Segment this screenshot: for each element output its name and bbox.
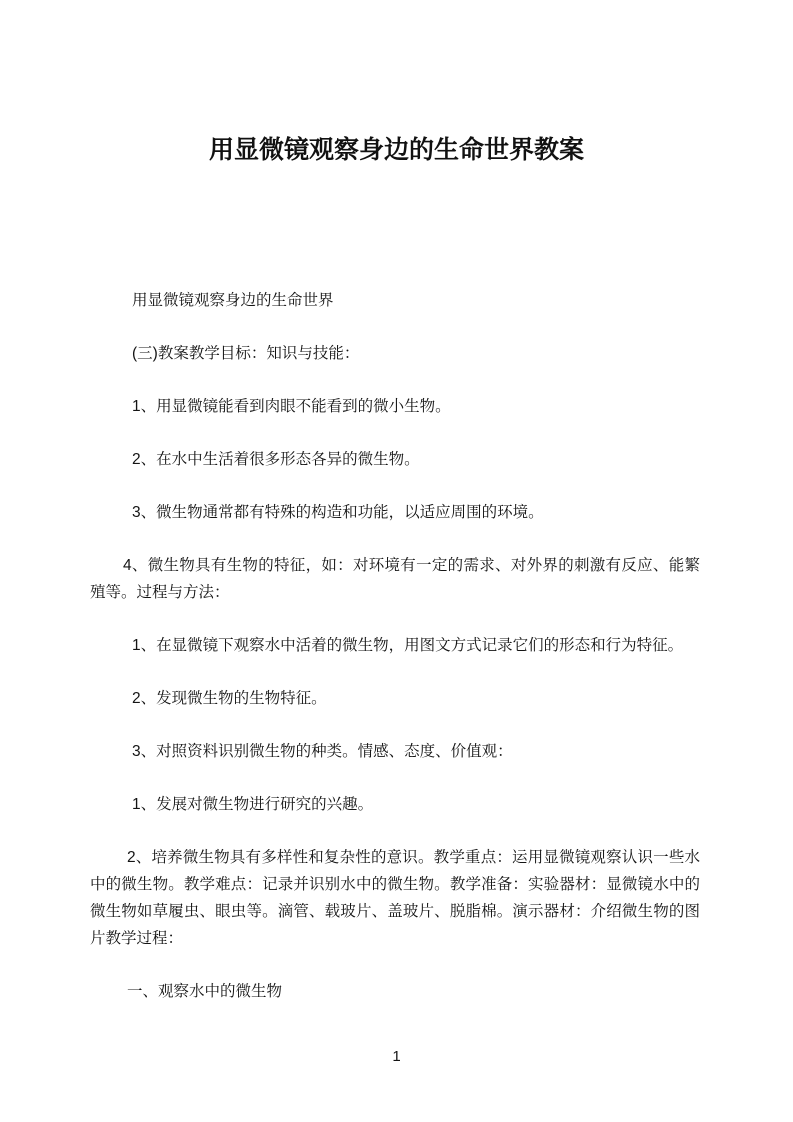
document-body: 用显微镜观察身边的生命世界 (三)教案教学目标：知识与技能： 1、用显微镜能看到… xyxy=(90,287,700,1005)
paragraph-section-one-heading: 一、观察水中的微生物 xyxy=(90,978,700,1005)
paragraph-attitude-item-1: 1、发展对微生物进行研究的兴趣。 xyxy=(90,791,700,818)
paragraph-knowledge-item-4: 4、微生物具有生物的特征，如：对环境有一定的需求、对外界的刺激有反应、能繁殖等。… xyxy=(90,552,700,606)
paragraph-attitude-item-2: 2、培养微生物具有多样性和复杂性的意识。教学重点：运用显微镜观察认识一些水中的微… xyxy=(90,844,700,952)
paragraph-method-item-2: 2、发现微生物的生物特征。 xyxy=(90,685,700,712)
document-page: 用显微镜观察身边的生命世界教案 用显微镜观察身边的生命世界 (三)教案教学目标：… xyxy=(0,0,793,1122)
paragraph-knowledge-item-3: 3、微生物通常都有特殊的构造和功能，以适应周围的环境。 xyxy=(90,499,700,526)
paragraph-subtitle: 用显微镜观察身边的生命世界 xyxy=(90,287,700,314)
paragraph-method-item-3: 3、对照资料识别微生物的种类。情感、态度、价值观： xyxy=(90,738,700,765)
page-number: 1 xyxy=(0,1048,793,1066)
paragraph-knowledge-item-2: 2、在水中生活着很多形态各异的微生物。 xyxy=(90,446,700,473)
paragraph-method-item-1: 1、在显微镜下观察水中活着的微生物，用图文方式记录它们的形态和行为特征。 xyxy=(90,632,700,659)
paragraph-knowledge-item-1: 1、用显微镜能看到肉眼不能看到的微小生物。 xyxy=(90,393,700,420)
paragraph-section-objectives: (三)教案教学目标：知识与技能： xyxy=(90,340,700,367)
document-title: 用显微镜观察身边的生命世界教案 xyxy=(0,0,793,167)
